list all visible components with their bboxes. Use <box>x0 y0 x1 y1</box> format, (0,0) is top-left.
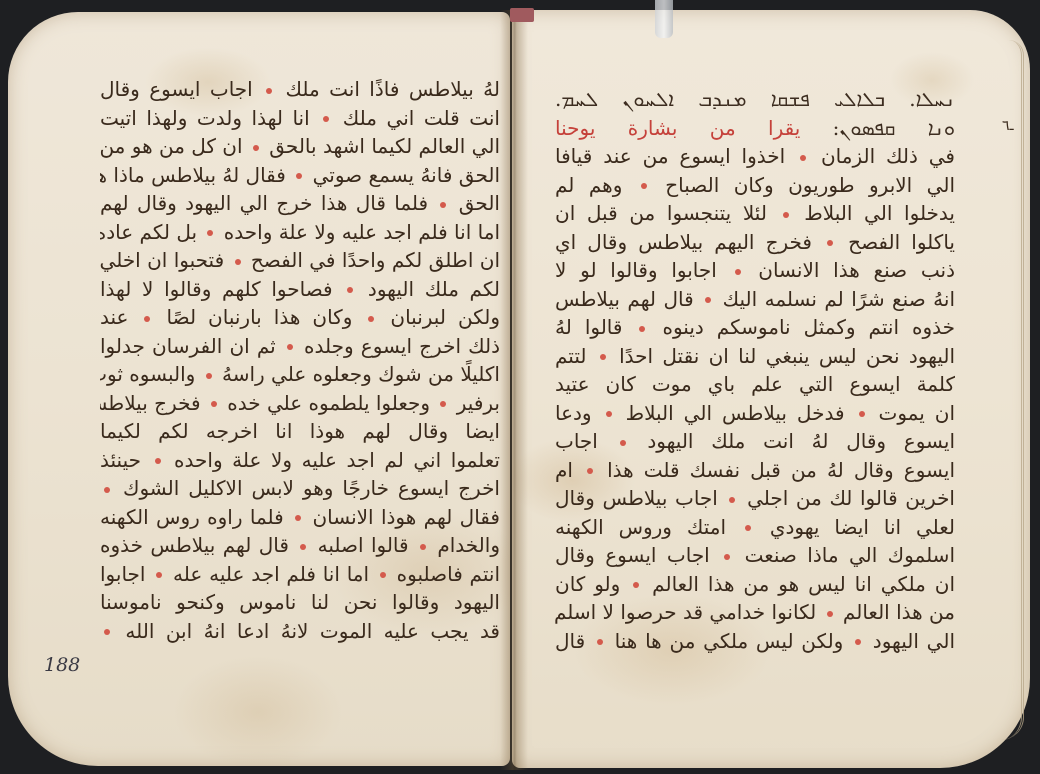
rubric-dot <box>300 544 306 550</box>
rubric-dot <box>156 572 162 578</box>
rubric-dot <box>266 88 272 94</box>
syriac-heading: ܢܚܠܐ. ܒܠܐܠܝ ܦܫܩܐ ܡܢܕܒ ܐܠܚܘܢ ܠܚܡ. <box>555 85 955 114</box>
rubric-dot <box>597 639 603 645</box>
rubric-dot <box>368 316 374 322</box>
manuscript-line: اكليلًا من شوك وجعلوه علي راسهُ والبسوه … <box>100 360 500 389</box>
manuscript-line: انهُ صنع شرًا لم نسلمه اليك قال لهم بيلا… <box>555 285 955 314</box>
rubric-dot <box>606 411 612 417</box>
page-clip <box>655 0 673 38</box>
rubric-title: يقرا من بشارة يوحنا <box>555 116 800 140</box>
manuscript-line: كلمة ايسوع التي علم باي موت كان عتيد <box>555 370 955 399</box>
rubric-dot <box>633 582 639 588</box>
manuscript-line: من هذا العالم لكانوا خدامي قد حرصوا لا ا… <box>555 598 955 627</box>
rubric-dot <box>207 230 213 236</box>
book-gutter <box>500 10 528 770</box>
manuscript-line: في ذلك الزمان اخذوا ايسوع من عند قيافا <box>555 142 955 171</box>
rubric-dot <box>705 297 711 303</box>
manuscript-line: الي العالم لكيما اشهد بالحق ان كل من هو … <box>100 132 500 161</box>
manuscript-line: لهُ بيلاطس فاذًا انت ملك اجاب ايسوع وقال <box>100 75 500 104</box>
rubric-dot <box>587 468 593 474</box>
manuscript-line: والخدام قالوا اصلبه قال لهم بيلاطس خذوه <box>100 531 500 560</box>
rubric-dot <box>323 116 329 122</box>
rubric-dot <box>639 326 645 332</box>
rubric-dot <box>827 240 833 246</box>
rubric-dot <box>440 202 446 208</box>
manuscript-line: اسلموك الي ماذا صنعت اجاب ايسوع وقال <box>555 541 955 570</box>
manuscript-line: يدخلوا الي البلاط لئلا يتنجسوا من قبل ان <box>555 199 955 228</box>
manuscript-line: قد يجب عليه الموت لانهُ ادعا انهُ ابن ال… <box>100 617 500 646</box>
page-fore-edge <box>1001 40 1024 740</box>
manuscript-line: الي الابرو طوريون وكان الصباح وهم لم <box>555 171 955 200</box>
rubric-dot <box>783 212 789 218</box>
rubric-dot <box>104 629 110 635</box>
manuscript-line: اما انا فلم اجد عليه ولا علة واحده بل لك… <box>100 218 500 247</box>
folio-number: 188 <box>44 654 80 676</box>
rubric-dot <box>827 611 833 617</box>
manuscript-line: الي اليهود ولكن ليس ملكي من ها هنا قال <box>555 627 955 656</box>
rubric-dot <box>420 544 426 550</box>
rubric-line: ܘܢܐ ܩܦܣܘܢ: يقرا من بشارة يوحنا <box>555 114 955 143</box>
manuscript-opening: لهُ بيلاطس فاذًا انت ملك اجاب ايسوع وقال… <box>0 0 1040 774</box>
manuscript-line: خذوه انتم وكمثل ناموسكم دينوه قالوا لهُ <box>555 313 955 342</box>
rubric-dot <box>211 401 217 407</box>
manuscript-line: ايضا وقال لهم هوذا انا اخرجه لكم لكيما <box>100 417 500 446</box>
manuscript-line: ولكن لبرنبان وكان هذا بارنبان لصًا عند <box>100 303 500 332</box>
left-page-text: لهُ بيلاطس فاذًا انت ملك اجاب ايسوع وقال… <box>100 75 500 645</box>
catchword: ـ٦ <box>1002 118 1014 134</box>
manuscript-line: ايسوع وقال لهُ انت ملك اليهود اجاب <box>555 427 955 456</box>
manuscript-line: فقال لهم هوذا الانسان فلما راوه روس الكه… <box>100 503 500 532</box>
rubric-dot <box>155 458 161 464</box>
rubric-dot <box>144 316 150 322</box>
manuscript-line: انت قلت اني ملك انا لهذا ولدت ولهذا اتيت <box>100 104 500 133</box>
rubric-dot <box>729 497 735 503</box>
rubric-dot <box>855 639 861 645</box>
binding-tab <box>510 8 534 22</box>
rubric-dot <box>235 259 241 265</box>
manuscript-line: لعلي انا ايضا يهودي امتك وروس الكهنه <box>555 513 955 542</box>
manuscript-line: ذلك اخرج ايسوع وجلده ثم ان الفرسان جدلوا <box>100 332 500 361</box>
rubric-dot <box>735 269 741 275</box>
rubric-dot <box>859 411 865 417</box>
rubric-dot <box>620 440 626 446</box>
right-page-lines: في ذلك الزمان اخذوا ايسوع من عند قيافاال… <box>555 142 955 655</box>
manuscript-line: اخرين قالوا لك من اجلي اجاب بيلاطس وقال <box>555 484 955 513</box>
manuscript-line: ان ملكي انا ليس هو من هذا العالم ولو كان <box>555 570 955 599</box>
right-page-text: ܢܚܠܐ. ܒܠܐܠܝ ܦܫܩܐ ܡܢܕܒ ܐܠܚܘܢ ܠܚܡ. ܘܢܐ ܩܦܣ… <box>555 85 955 655</box>
manuscript-line: اليهود نحن ليس ينبغي لنا ان نقتل احدًا ل… <box>555 342 955 371</box>
manuscript-line: لكم ملك اليهود فصاحوا كلهم وقالوا لا لهذ… <box>100 275 500 304</box>
manuscript-line: الحق فانهُ يسمع صوتي فقال لهُ بيلاطس ماذ… <box>100 161 500 190</box>
rubric-dot <box>724 554 730 560</box>
manuscript-line: ان اطلق لكم واحدًا في الفصح فتحبوا ان اخ… <box>100 246 500 275</box>
manuscript-line: اخرج ايسوع خارجًا وهو لابس الاكليل الشوك <box>100 474 500 503</box>
manuscript-line: برفير وجعلوا يلطموه علي خده فخرج بيلاطس <box>100 389 500 418</box>
manuscript-line: ان يموت فدخل بيلاطس الي البلاط ودعا <box>555 399 955 428</box>
rubric-dot <box>745 525 751 531</box>
manuscript-line: تعلموا اني لم اجد عليه ولا علة واحده حين… <box>100 446 500 475</box>
syriac-prefix: ܘܢܐ ܩܦܣܘܢ: <box>833 116 955 140</box>
rubric-dot <box>253 145 259 151</box>
rubric-dot <box>440 401 446 407</box>
rubric-dot <box>347 287 353 293</box>
rubric-dot <box>800 155 806 161</box>
manuscript-line: انتم فاصلبوه اما انا فلم اجد عليه عله اج… <box>100 560 500 589</box>
rubric-dot <box>600 354 606 360</box>
rubric-dot <box>296 173 302 179</box>
rubric-dot <box>287 344 293 350</box>
rubric-dot <box>295 515 301 521</box>
manuscript-line: ذنب صنع هذا الانسان اجابوا وقالوا لو لا <box>555 256 955 285</box>
manuscript-line: ياكلوا الفصح فخرج اليهم بيلاطس وقال اي <box>555 228 955 257</box>
rubric-dot <box>206 373 212 379</box>
manuscript-line: ايسوع وقال لهُ من قبل نفسك قلت هذا ام <box>555 456 955 485</box>
manuscript-line: الحق فلما قال هذا خرج الي اليهود وقال له… <box>100 189 500 218</box>
rubric-dot <box>380 572 386 578</box>
rubric-dot <box>104 487 110 493</box>
rubric-dot <box>641 183 647 189</box>
manuscript-line: اليهود وقالوا نحن لنا ناموس وكنحو ناموسن… <box>100 588 500 617</box>
